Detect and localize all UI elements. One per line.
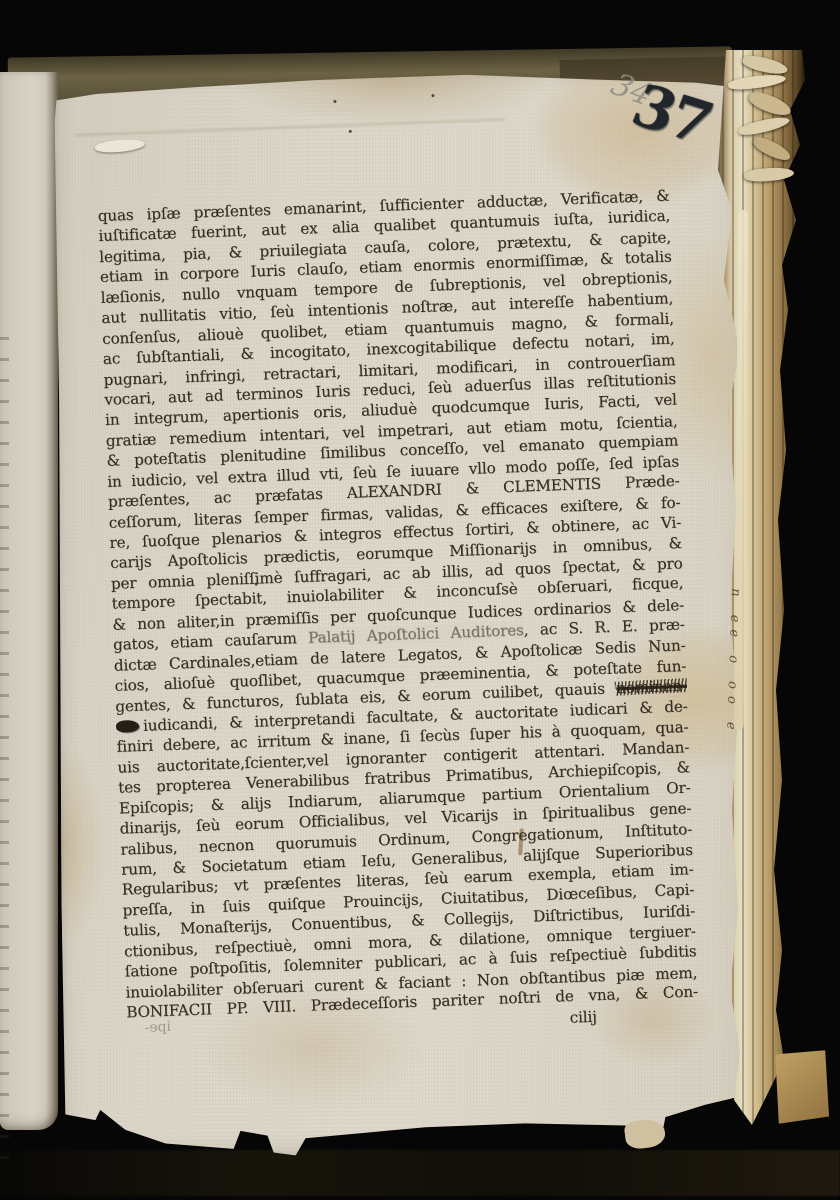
facing-page-edge — [0, 72, 58, 1130]
ink-blot — [116, 720, 139, 733]
page: quas ipſæ præſentes emanarint, ſufficien… — [44, 58, 766, 1166]
text-block: quas ipſæ præſentes emanarint, ſufficien… — [97, 186, 699, 1044]
ink-speck — [349, 130, 352, 133]
ink-speck — [431, 94, 434, 97]
scan-background: quas ipſæ præſentes emanarint, ſufficien… — [0, 0, 840, 1200]
corner-flap — [768, 1045, 836, 1129]
show-through-text: ipe- — [144, 1019, 171, 1037]
struck-word: nominan-aliter. — [616, 675, 687, 698]
ink-speck — [333, 100, 336, 103]
facing-page-text-fragments — [0, 337, 9, 1167]
under-pages-shadow — [0, 1150, 840, 1196]
